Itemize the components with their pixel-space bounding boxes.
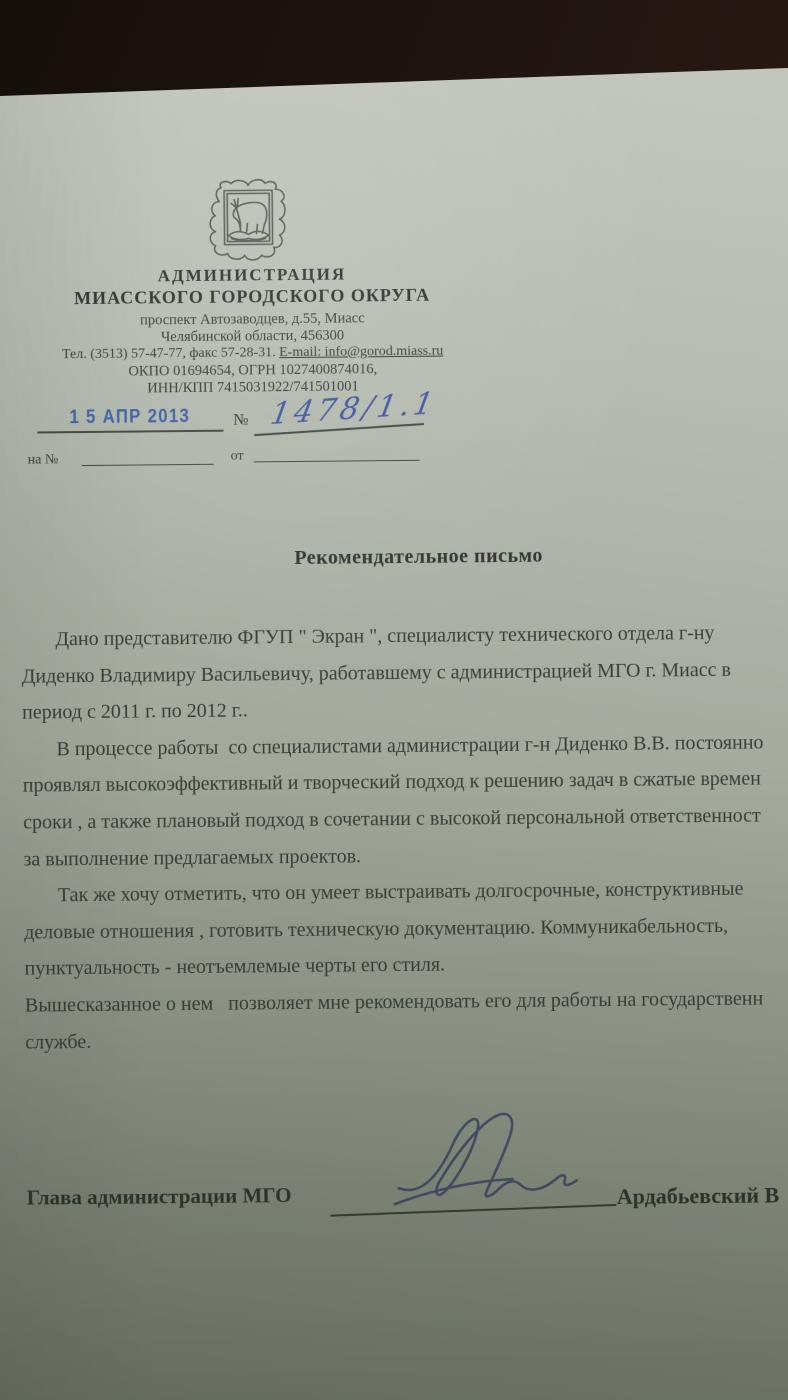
org-name-line2: МИАССКОГО ГОРОДСКОГО ОКРУГА — [0, 284, 508, 310]
reply-to-field-line — [82, 446, 214, 466]
email-text: E-mail: info@gorod.miass.ru — [279, 344, 443, 361]
date-field-line: 1 5 АПР 2013 — [37, 406, 223, 434]
letter-body: Дано представителю ФГУП " Экран ", специ… — [21, 611, 788, 1061]
date-stamp: 1 5 АПР 2013 — [70, 406, 191, 429]
document-paper: АДМИНИСТРАЦИЯ МИАССКОГО ГОРОДСКОГО ОКРУГ… — [0, 0, 788, 1400]
signer-position: Глава администрации МГО — [27, 1183, 292, 1211]
handwritten-signature — [392, 1106, 583, 1213]
signer-name: Ардабьевский В — [617, 1182, 780, 1210]
photographed-letter: АДМИНИСТРАЦИЯ МИАССКОГО ГОРОДСКОГО ОКРУГ… — [0, 0, 788, 1400]
phone-fax-text: Тел. (3513) 57-47-77, факс 57-28-31. — [62, 345, 279, 362]
body-line: Дано представителю ФГУП " Экран ", специ… — [21, 611, 788, 658]
document-content: АДМИНИСТРАЦИЯ МИАССКОГО ГОРОДСКОГО ОКРУГ… — [0, 0, 788, 1400]
from-label: от — [231, 448, 244, 464]
number-field-line: 1478/1.1 — [253, 397, 424, 436]
reply-to-label: на № — [28, 452, 59, 468]
number-label: № — [233, 411, 248, 429]
letter-title: Рекомендательное письмо — [0, 542, 788, 573]
miass-coat-of-arms-icon — [207, 177, 290, 262]
from-field-line — [254, 442, 420, 463]
